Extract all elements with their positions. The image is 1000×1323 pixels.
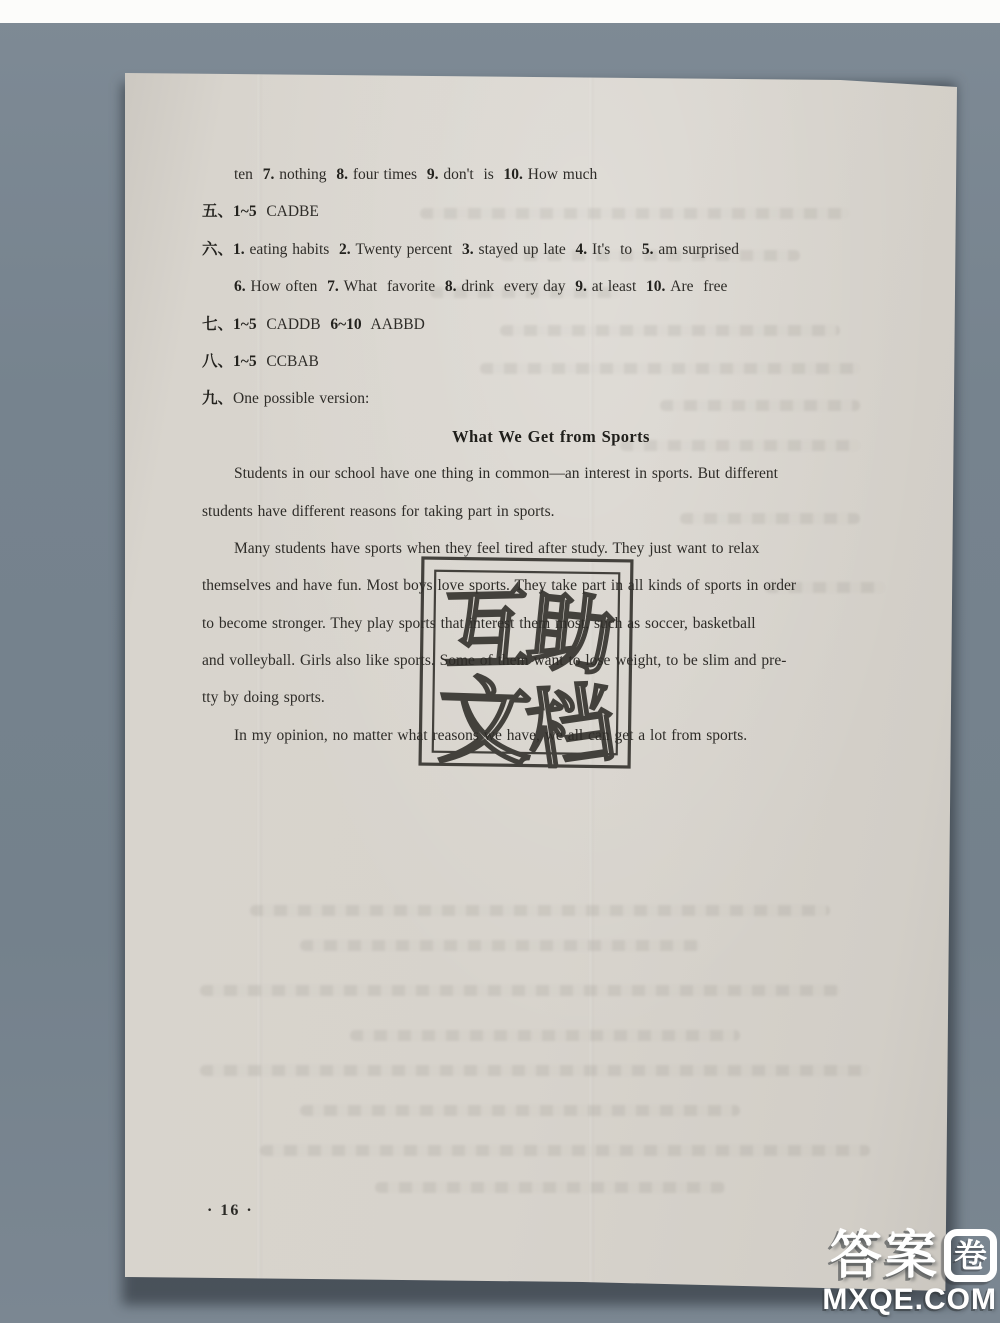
bleedthrough-smudge bbox=[200, 985, 840, 996]
bleedthrough-smudge bbox=[375, 1182, 725, 1193]
text-segment: CCBAB bbox=[257, 353, 319, 370]
text-segment: nothing bbox=[279, 166, 336, 183]
text-segment: 6~10 bbox=[330, 316, 361, 333]
text-segment: 8. bbox=[445, 278, 462, 295]
text-line: 七、1~5 CADDB 6~10 AABBD bbox=[202, 306, 878, 343]
text-segment: 4. bbox=[576, 241, 593, 258]
text-segment: four times bbox=[353, 166, 427, 183]
text-line: students have different reasons for taki… bbox=[202, 493, 878, 530]
text-line: 八、1~5 CCBAB bbox=[202, 343, 878, 380]
seal-character: 档 bbox=[521, 675, 622, 770]
essay-title: What We Get from Sports bbox=[202, 418, 878, 455]
text-segment: How often bbox=[251, 278, 328, 295]
text-segment: am surprised bbox=[658, 241, 739, 258]
text-segment: Many students have sports when they feel… bbox=[234, 540, 759, 557]
text-segment: What We Get from Sports bbox=[452, 427, 650, 446]
watermark-badge-char: 卷 bbox=[954, 1239, 987, 1272]
watermark-name-text: 答案 bbox=[830, 1230, 940, 1282]
bleedthrough-smudge bbox=[300, 940, 700, 951]
text-segment: 5. bbox=[642, 241, 659, 258]
text-segment: ten bbox=[234, 166, 263, 183]
text-segment: Students in our school have one thing in… bbox=[234, 465, 778, 482]
text-segment: tty by doing sports. bbox=[202, 689, 325, 706]
text-segment: don't is bbox=[443, 166, 503, 183]
text-segment: 八、 bbox=[202, 353, 233, 370]
text-segment: 1. bbox=[233, 241, 250, 258]
text-segment: 9. bbox=[427, 166, 444, 183]
bleedthrough-smudge bbox=[200, 1065, 870, 1076]
text-segment: AABBD bbox=[362, 316, 425, 333]
text-segment: 8. bbox=[336, 166, 353, 183]
text-segment: 1~5 bbox=[233, 316, 257, 333]
text-line: Students in our school have one thing in… bbox=[202, 455, 878, 492]
seal-character: 助 bbox=[524, 583, 619, 687]
text-line: ten 7. nothing 8. four times 9. don't is… bbox=[202, 156, 878, 193]
seal-character: 互 bbox=[443, 582, 533, 681]
text-segment: stayed up late bbox=[479, 241, 576, 258]
text-segment: 1~5 bbox=[233, 353, 257, 370]
text-segment: 7. bbox=[263, 166, 280, 183]
bleedthrough-smudge bbox=[300, 1105, 740, 1116]
scanned-page-viewport: ten 7. nothing 8. four times 9. don't is… bbox=[0, 0, 1000, 1323]
text-line: 6. How often 7. What favorite 8. drink e… bbox=[202, 268, 878, 305]
text-line: 六、1. eating habits 2. Twenty percent 3. … bbox=[202, 231, 878, 268]
text-segment: 五、 bbox=[202, 203, 233, 220]
text-line: 九、One possible version: bbox=[202, 380, 878, 417]
text-segment: CADDB bbox=[257, 316, 331, 333]
text-segment: Twenty percent bbox=[356, 241, 463, 258]
answer-key-page: ten 7. nothing 8. four times 9. don't is… bbox=[125, 70, 957, 1293]
text-segment: students have different reasons for taki… bbox=[202, 503, 555, 520]
text-segment: 6. bbox=[234, 278, 251, 295]
text-segment: eating habits bbox=[250, 241, 340, 258]
text-line: 五、1~5 CADBE bbox=[202, 193, 878, 230]
text-segment: 10. bbox=[646, 278, 670, 295]
text-segment: 7. bbox=[327, 278, 344, 295]
text-segment: 9. bbox=[575, 278, 592, 295]
text-segment: CADBE bbox=[257, 203, 319, 220]
watermark-site-name: 答案 卷 bbox=[822, 1229, 997, 1282]
text-segment: Are free bbox=[670, 278, 727, 295]
bleedthrough-smudge bbox=[350, 1030, 740, 1041]
text-segment: drink every day bbox=[461, 278, 575, 295]
seal-graphic: 互助文档 bbox=[418, 556, 635, 770]
text-segment: What favorite bbox=[344, 278, 445, 295]
watermark-domain: MXQE.COM bbox=[822, 1285, 997, 1315]
site-watermark: 答案 卷 MXQE.COM bbox=[822, 1229, 997, 1315]
bleedthrough-smudge bbox=[250, 905, 830, 916]
watermark-circle-badge-icon: 卷 bbox=[944, 1229, 997, 1282]
text-segment: at least bbox=[592, 278, 646, 295]
help-document-seal: 互助文档 bbox=[418, 556, 635, 770]
text-segment: 九、 bbox=[202, 390, 233, 407]
text-segment: 六、 bbox=[202, 241, 233, 258]
page-number: · 16 · bbox=[207, 1202, 254, 1220]
bleedthrough-smudge bbox=[260, 1145, 870, 1156]
scan-top-margin bbox=[0, 0, 1000, 23]
text-segment: 10. bbox=[504, 166, 528, 183]
text-segment: 2. bbox=[339, 241, 356, 258]
text-segment: 1~5 bbox=[233, 203, 257, 220]
text-segment: 七、 bbox=[202, 316, 233, 333]
seal-character: 文 bbox=[436, 670, 533, 769]
text-segment: It's to bbox=[592, 241, 642, 258]
text-segment: 3. bbox=[462, 241, 479, 258]
text-segment: One possible version: bbox=[233, 390, 369, 407]
text-segment: How much bbox=[528, 166, 597, 183]
